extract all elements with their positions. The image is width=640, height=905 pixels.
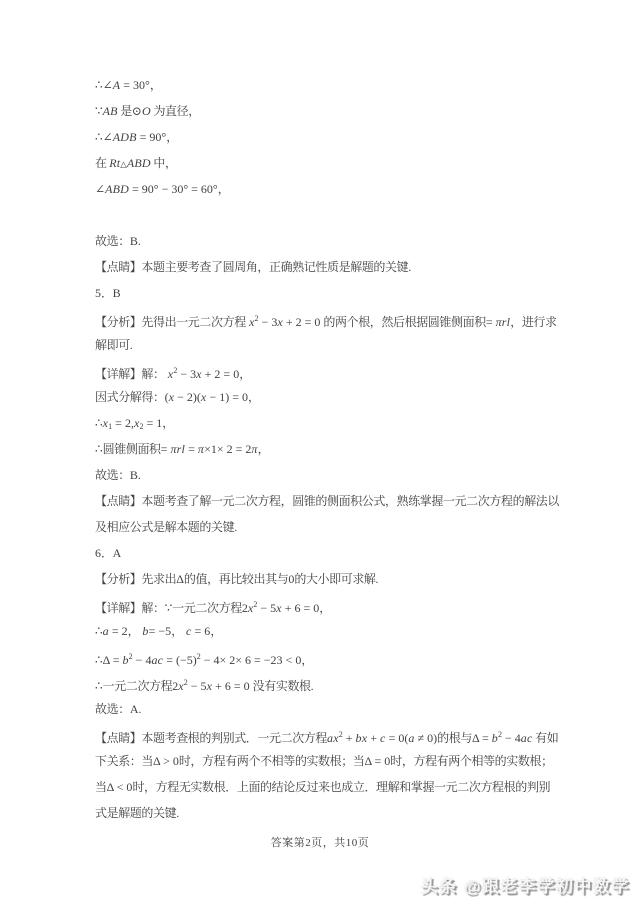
text-run: ≠ 0) (415, 731, 438, 745)
text-run: c (183, 624, 192, 638)
text-line-20: 【分析】先求出Δ的值，再比较出其与0的大小即可求解. (95, 566, 545, 592)
text-run: ， (171, 624, 183, 638)
text-line-22: ∴a = 2， b= −5， c = 6， (95, 618, 545, 644)
text-line-11: 解即可. (95, 332, 545, 358)
text-run: O (142, 104, 151, 118)
text-run: 当 (95, 780, 107, 794)
text-line-16: 故选：B. (95, 462, 545, 488)
text-run: = 0( (386, 731, 409, 745)
text-run: ， (162, 416, 174, 430)
text-line-25: 故选：A. (95, 696, 545, 722)
text-line-13: 因式分解得：(x − 2)(x − 1) = 0， (95, 384, 545, 410)
text-run: ×1× 2 = 2 (204, 442, 251, 456)
text-run: − 4 (133, 653, 152, 667)
text-run: A. (130, 702, 142, 716)
text-line-26: 【点睛】本题考查根的判别式．一元二次方程ax2 + bx + c = 0(a ≠… (95, 722, 545, 748)
text-run: ABD (105, 182, 129, 196)
text-run: b (139, 624, 148, 638)
text-line-12: 【详解】解： x2 − 3x + 2 = 0， (95, 358, 545, 384)
text-run: 下关系：当 (95, 754, 153, 768)
text-run: 故选： (95, 702, 130, 716)
text-run: ， (218, 182, 230, 196)
text-run: 一元二次方程 (103, 679, 173, 693)
text-run: 在 (95, 156, 109, 170)
text-run: = (185, 442, 198, 456)
text-run: 解即可. (95, 338, 132, 352)
text-run: + (343, 731, 356, 745)
text-run: ． (101, 546, 113, 560)
text-run: 【详解】解： (95, 367, 165, 381)
text-run: ， (301, 653, 313, 667)
text-run: ∵ (95, 104, 103, 118)
text-run: = 6 (192, 624, 211, 638)
text-line-24: ∴一元二次方程2x2 − 5x + 6 = 0 没有实数根. (95, 670, 545, 696)
text-run: x (246, 315, 255, 329)
text-run: Δ > 0 (153, 754, 179, 768)
text-run: ， (319, 601, 331, 615)
text-line-29: 式是解题的关键. (95, 800, 545, 826)
text-run: = 90° (137, 130, 167, 144)
text-line-21: 【详解】解：∵一元二次方程2x2 − 5x + 6 = 0， (95, 592, 545, 618)
text-run: πrl (170, 442, 185, 456)
text-run: 的根与 (437, 731, 472, 745)
text-run: 故选： (95, 234, 130, 248)
text-run: 一元二次方程 (172, 601, 242, 615)
text-run: 时，方程有两个不相等的实数根；当 (179, 754, 365, 768)
text-run: ABD (127, 156, 151, 170)
text-run: ， (258, 442, 270, 456)
text-run: − 3 (177, 367, 196, 381)
text-line-15: ∴圆锥侧面积= πrl = π×1× 2 = 2π， (95, 436, 545, 462)
text-run: ∴∠ (95, 78, 113, 92)
text-run: B. (130, 468, 141, 482)
text-run: 故选： (95, 468, 130, 482)
text-run: − 4× 2× 6 = −23 < 0 (201, 653, 302, 667)
text-run: + 2 = 0 (283, 315, 324, 329)
text-line-7: 故选：B. (95, 228, 545, 254)
text-run: − 5 (188, 679, 207, 693)
text-run: 没有实数根. (253, 679, 314, 693)
text-run: ∴Δ = (95, 653, 122, 667)
text-run: 的值，再比较出其与 (184, 572, 288, 586)
text-run: ． (101, 286, 113, 300)
text-run: − 3 (259, 315, 278, 329)
text-line-10: 【分析】先得出一元二次方程 x2 − 3x + 2 = 0 的两个根，然后根据圆… (95, 306, 545, 332)
text-run: Rt (109, 156, 120, 170)
text-run: = 1 (143, 416, 162, 430)
text-run: 是 (118, 104, 132, 118)
text-run: = −5 (149, 624, 172, 638)
text-run: + 6 = 0 (212, 679, 253, 693)
text-run: ax (327, 731, 339, 745)
text-run: − 5 (257, 601, 276, 615)
text-run: 的大小即可求解. (294, 572, 378, 586)
text-line-28: 当Δ < 0时，方程无实数根．上面的结论反过来也成立．理解和掌握一元二次方程根的… (95, 774, 545, 800)
text-line-14: ∴x1 = 2,x2 = 1， (95, 410, 545, 436)
text-run: ， (239, 367, 251, 381)
text-run: ADB (113, 130, 137, 144)
text-line-9: 5．B (95, 280, 545, 306)
answer-document: ∴∠A = 30°，∵AB 是⊙O 为直径，∴∠ADB = 90°，在 Rt△A… (0, 0, 640, 850)
text-line-5: ∠ABD = 90° − 30° = 60°， (95, 176, 545, 202)
text-run: 及相应公式是解本题的关键. (95, 520, 237, 534)
text-run: Δ (176, 572, 184, 586)
page-footer: 答案第2页，共10页 (95, 834, 545, 850)
text-run: 【详解】解： (95, 601, 165, 615)
text-run: 圆锥侧面积 (103, 442, 161, 456)
text-run: 的两个根，然后根据圆锥侧面积 (323, 315, 485, 329)
text-run: A (113, 546, 122, 560)
text-line-18: 及相应公式是解本题的关键. (95, 514, 545, 540)
text-line-6 (95, 202, 545, 228)
text-run: πrl (496, 315, 511, 329)
text-run: ∴ (95, 416, 103, 430)
text-run: ，进行求 (510, 315, 556, 329)
text-line-27: 下关系：当Δ > 0时，方程有两个不相等的实数根；当Δ = 0时，方程有两个相等… (95, 748, 545, 774)
text-run: ∠ (95, 182, 105, 196)
text-run: 式是解题的关键. (95, 806, 179, 820)
text-line-1: ∴∠A = 30°， (95, 72, 545, 98)
text-run: = 30° (120, 78, 150, 92)
text-line-4: 在 Rt△ABD 中， (95, 150, 545, 176)
text-run: 【点睛】本题考查了解一元二次方程，圆锥的侧面积公式，熟练掌握一元二次方程的解法以 (95, 494, 559, 508)
text-run: 【分析】先求出 (95, 572, 176, 586)
text-run: ac (521, 731, 533, 745)
text-run: ， (248, 390, 260, 404)
text-line-17: 【点睛】本题考查了解一元二次方程，圆锥的侧面积公式，熟练掌握一元二次方程的解法以 (95, 488, 545, 514)
text-run: + 2 = 0 (202, 367, 240, 381)
text-line-8: 【点睛】本题主要考查了圆周角，正确熟记性质是解题的关键. (95, 254, 545, 280)
text-run: = 90° − 30° = 60° (129, 182, 218, 196)
text-run: B. (130, 234, 141, 248)
text-run: − 4 (502, 731, 521, 745)
text-run: 时，方程无实数根．上面的结论反过来也成立．理解和掌握一元二次方程根的判别 (132, 780, 550, 794)
text-run: Δ < 0 (107, 780, 133, 794)
text-run: ， (150, 78, 162, 92)
text-run: = (161, 442, 171, 456)
text-run: ac (151, 653, 163, 667)
text-run: 因式分解得： (95, 390, 165, 404)
document-page: { "colors": { "background": "#ffffff", "… (0, 0, 640, 905)
text-run: ， (210, 624, 222, 638)
text-run: bx (356, 731, 368, 745)
text-line-3: ∴∠ADB = 90°， (95, 124, 545, 150)
text-run: 有如 (533, 731, 559, 745)
text-run: Δ = 0 (364, 754, 390, 768)
text-run: ∴ (95, 442, 103, 456)
text-run: ∴∠ (95, 130, 113, 144)
text-run: AB (103, 104, 118, 118)
text-run: ∴ (95, 624, 103, 638)
text-run: 【点睛】本题主要考查了圆周角，正确熟记性质是解题的关键. (95, 260, 411, 274)
text-run: ∴ (95, 679, 103, 693)
text-run: = (−5) (163, 653, 197, 667)
text-run: − 1) = 0 (206, 390, 248, 404)
text-run: ， (128, 624, 140, 638)
text-line-19: 6．A (95, 540, 545, 566)
text-run: 【分析】先得出一元二次方程 (95, 315, 246, 329)
text-run: B (113, 286, 121, 300)
watermark: 头条 @跟老李学初中数学 (421, 872, 630, 897)
text-run: = (486, 315, 496, 329)
text-run: = 2, (112, 416, 134, 430)
text-run: 【点睛】本题考查根的判别式．一元二次方程 (95, 731, 327, 745)
text-run: 为直径， (151, 104, 200, 118)
text-run: 中， (151, 156, 177, 170)
text-run: + (367, 731, 380, 745)
text-run: Δ = (472, 731, 492, 745)
text-run: − 2)( (174, 390, 201, 404)
text-run: 时，方程有两个相等的实数根； (390, 754, 552, 768)
text-line-23: ∴Δ = b2 − 4ac = (−5)2 − 4× 2× 6 = −23 < … (95, 644, 545, 670)
text-run: ， (166, 130, 178, 144)
text-line-2: ∵AB 是⊙O 为直径， (95, 98, 545, 124)
text-run: = 2 (109, 624, 128, 638)
text-run: ⊙ (132, 104, 142, 118)
solution-lines: ∴∠A = 30°，∵AB 是⊙O 为直径，∴∠ADB = 90°，在 Rt△A… (95, 72, 545, 826)
text-run: + 6 = 0 (282, 601, 320, 615)
